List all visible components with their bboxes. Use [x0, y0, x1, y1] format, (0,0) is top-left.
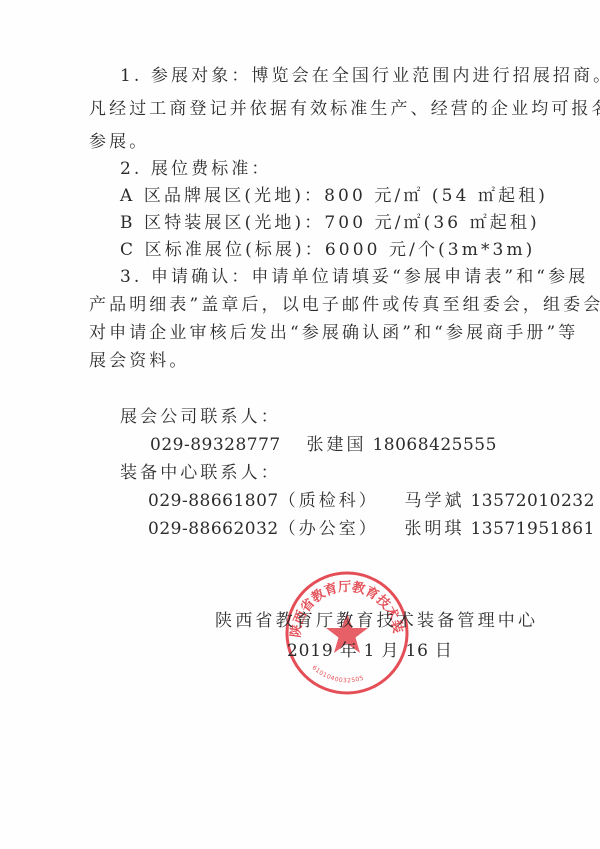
exhibition-company-contact-label: 展会公司联系人： — [120, 406, 281, 428]
section1-line2: 凡经过工商登记并依据有效标准生产、经营的企业均可报名 — [89, 98, 600, 120]
contact-name: 马学斌 — [405, 491, 465, 511]
signing-organization: 陕西省教育厅教育技术装备管理中心 — [215, 610, 538, 632]
section3-line3: 对申请企业审核后发出“参展确认函”和“参展商手册”等 — [89, 322, 578, 344]
section3-line1: 3. 申请确认：申请单位请填妥“参展申请表”和“参展 — [120, 266, 588, 288]
contact-phone: 029-88662032 — [148, 519, 279, 539]
contact-name: 张建国 — [307, 435, 367, 455]
equipment-center-contact-label: 装备中心联系人： — [120, 462, 281, 484]
contact-mobile: 13572010232 — [470, 491, 594, 511]
signing-date: 2019 年 1 月 16 日 — [287, 640, 453, 662]
document-page: 1. 参展对象：博览会在全国行业范围内进行招展招商。 凡经过工商登记并依据有效标… — [0, 0, 600, 849]
section1-line1: 1. 参展对象：博览会在全国行业范围内进行招展招商。 — [120, 65, 600, 87]
equipment-center-contact-row-1: 029-88661807（质检科） 马学斌 13572010232 — [148, 490, 595, 512]
fee-item-b: B 区特装展区(光地)：700 元/㎡(36 ㎡起租) — [120, 212, 540, 234]
contact-phone: 029-88661807 — [148, 491, 279, 511]
svg-text:6101040032505: 6101040032505 — [311, 664, 365, 684]
contact-dept: （质检科） — [279, 491, 379, 511]
exhibition-company-contact-row: 029-89328777 张建国 18068425555 — [150, 434, 497, 456]
section1-line3: 参展。 — [89, 131, 149, 153]
official-seal-stamp-icon: 陕西省教育厅教育技术装备管理中心 6101040032505 — [282, 568, 412, 698]
fee-item-a: A 区品牌展区(光地)：800 元/㎡ (54 ㎡起租) — [120, 185, 548, 207]
contact-name: 张明琪 — [405, 519, 465, 539]
contact-mobile: 13571951861 — [470, 519, 594, 539]
contact-dept: （办公室） — [279, 519, 379, 539]
section2-heading: 2. 展位费标准： — [120, 158, 272, 180]
section3-line2: 产品明细表”盖章后，以电子邮件或传真至组委会，组委会 — [89, 294, 600, 316]
contact-phone: 029-89328777 — [150, 435, 281, 455]
equipment-center-contact-row-2: 029-88662032（办公室） 张明琪 13571951861 — [148, 518, 595, 540]
contact-mobile: 18068425555 — [372, 435, 496, 455]
section3-line4: 展会资料。 — [89, 350, 190, 372]
seal-serial: 6101040032505 — [311, 664, 365, 684]
fee-item-c: C 区标准展位(标展)：6000 元/个(3m*3m) — [120, 239, 535, 261]
